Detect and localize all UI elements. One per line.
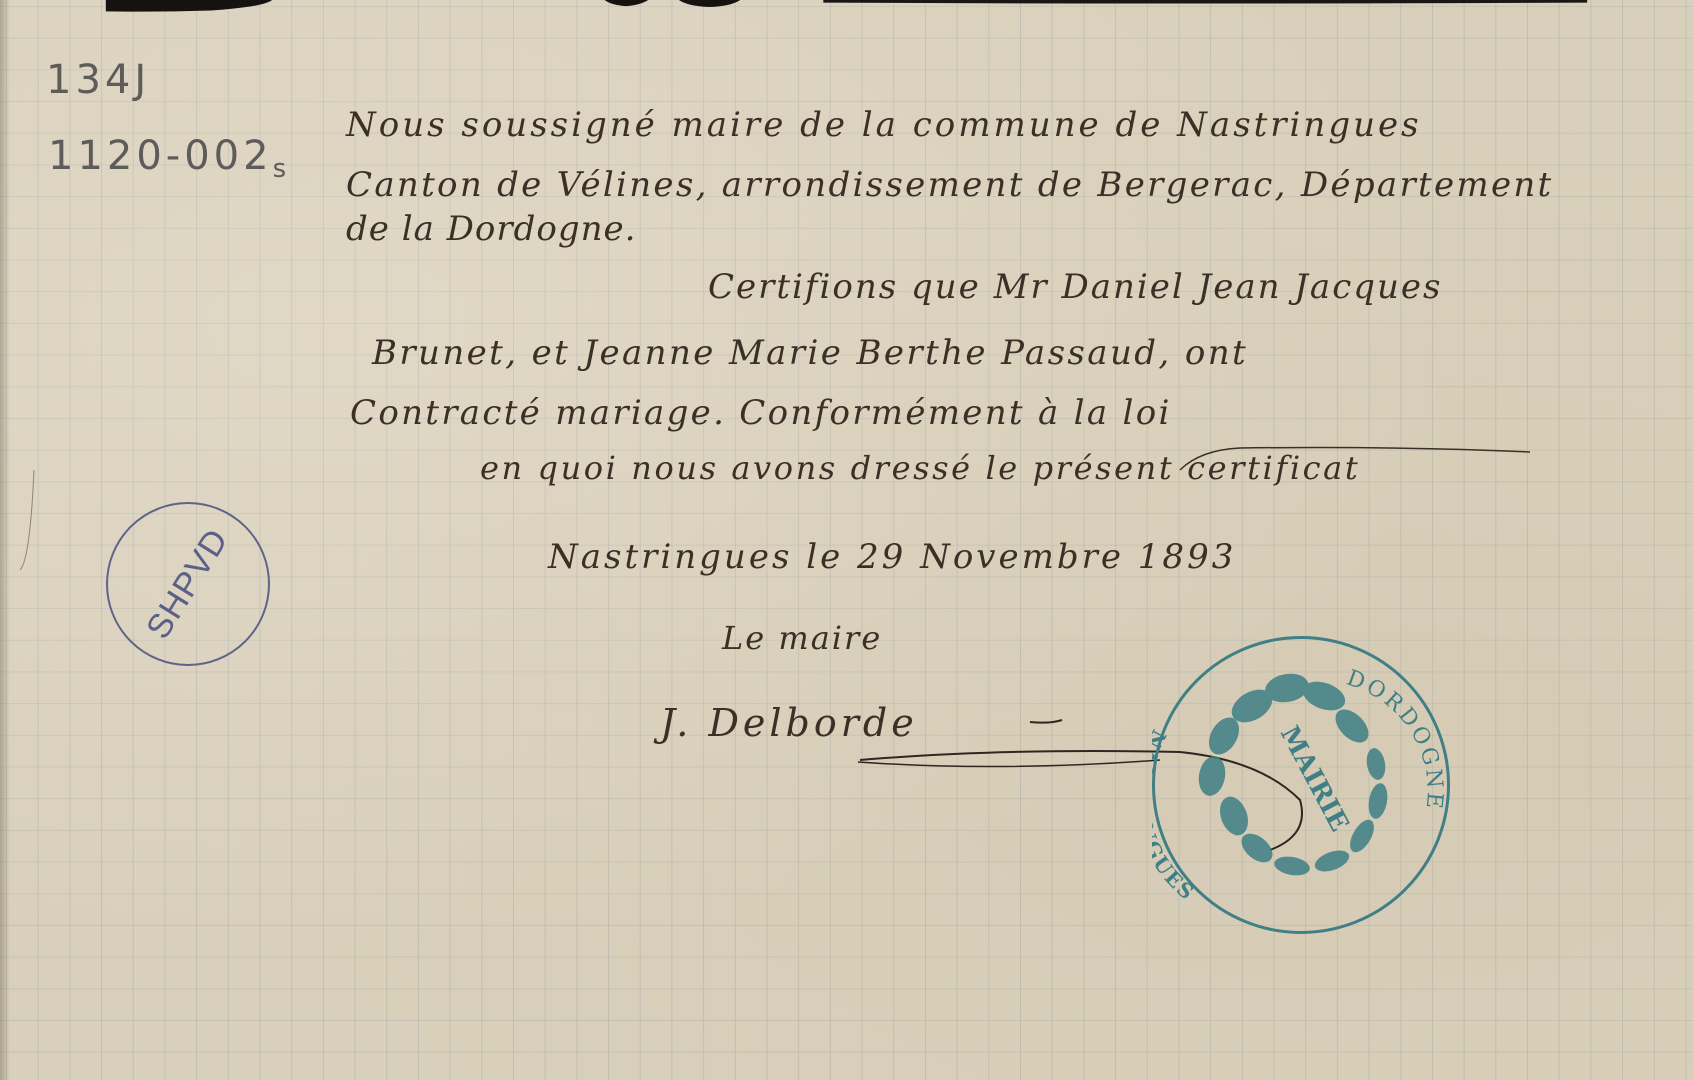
mairie-stamp-bottom-text: NASTRINGUES — [1152, 726, 1200, 906]
shpvd-collection-stamp: SHPVD — [106, 502, 270, 666]
svg-text:NASTRINGUES: NASTRINGUES — [1152, 726, 1200, 906]
shpvd-stamp-text: SHPVD — [139, 522, 237, 646]
mairie-nastringues-stamp: MAIRIE DORDOGNE NASTRINGUES — [1152, 636, 1450, 934]
document-page: 134J 1120-002s Nous soussigné maire de l… — [0, 0, 1693, 1080]
laurel-wreath-icon: MAIRIE DORDOGNE NASTRINGUES — [1152, 636, 1450, 934]
mairie-stamp-center-text: MAIRIE — [1274, 721, 1354, 836]
